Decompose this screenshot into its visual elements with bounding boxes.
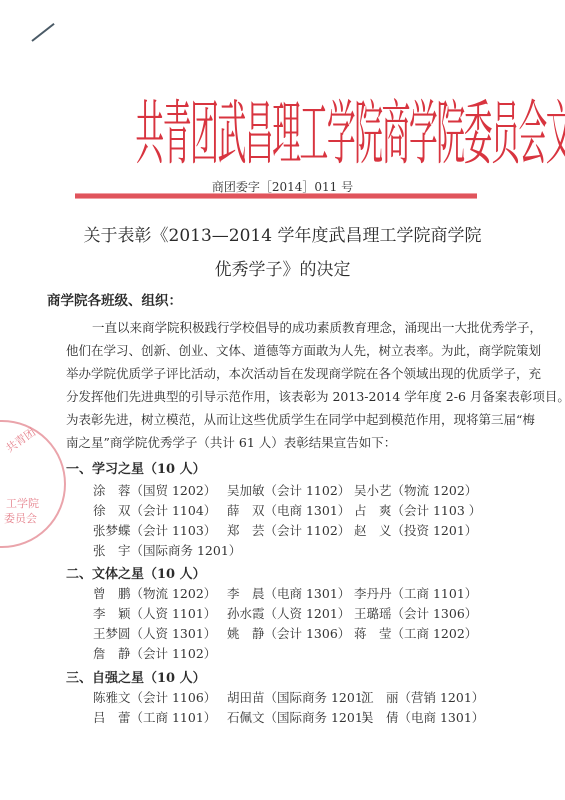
awardee: 孙水霞（人资 1201） [227, 604, 350, 622]
awardee: 吕 蕾（工商 1101） [93, 708, 216, 726]
body-paragraph-line: 一直以来商学院积极践行学校倡导的成功素质教育理念，涌现出一大批优秀学子， [92, 318, 542, 336]
awardee: 姚 静（会计 1306） [227, 624, 350, 642]
awardee: 李 晨（电商 1301） [227, 584, 350, 602]
awardee: 吴加敏（会计 1102） [227, 481, 350, 499]
seal-text-line-1: 工学院 [6, 495, 39, 511]
awardee: 占 爽（会计 1103 ） [354, 501, 481, 519]
section-heading-arts-sports-stars: 二、文体之星（10 人） [66, 563, 206, 582]
awardee: 曾 鹏（物流 1202） [93, 584, 216, 602]
awardee: 张梦蝶（会计 1103） [93, 521, 216, 539]
salutation: 商学院各班级、组织： [47, 289, 182, 309]
seal-text-line-2: 委员会 [4, 510, 37, 526]
awardee: 徐 双（会计 1104） [93, 501, 216, 519]
awardee: 江 丽（营销 1201） [361, 688, 484, 706]
awardee: 石佩文（国际商务 1201） [227, 708, 375, 726]
body-paragraph-line: 他们在学习、创新、创业、文体、道德等方面敢为人先，树立表率。为此，商学院策划 [66, 341, 541, 359]
awardee: 涂 蓉（国贸 1202） [93, 481, 216, 499]
awardee: 张 宇（国际商务 1201） [93, 541, 241, 559]
red-divider [75, 193, 477, 199]
awardee: 吴小艺（物流 1202） [354, 481, 477, 499]
awardee: 王璐瑶（会计 1306） [354, 604, 477, 622]
awardee: 赵 义（投资 1201） [354, 521, 477, 539]
awardee: 李 颖（人资 1101） [93, 604, 216, 622]
awardee: 薛 双（电商 1301） [227, 501, 350, 519]
section-heading-study-stars: 一、学习之星（10 人） [66, 458, 206, 477]
awardee: 郑 芸（会计 1102） [227, 521, 350, 539]
awardee: 胡田苗（国际商务 1201） [227, 688, 375, 706]
pen-mark [31, 23, 54, 42]
awardee: 王梦圆（人资 1301） [93, 624, 216, 642]
body-paragraph-line: 南之星”商学院优秀学子（共计 61 人）表彰结果宣告如下： [66, 433, 396, 451]
awardee: 詹 静（会计 1102） [93, 644, 216, 662]
body-paragraph-line: 举办学院优质学子评比活动，本次活动旨在发现商学院在各个领域出现的优质学子，充 [66, 364, 541, 382]
document-title-line-2: 优秀学子》的决定 [0, 255, 565, 280]
section-heading-self-improvement-stars: 三、自强之星（10 人） [66, 667, 206, 686]
awardee: 蒋 莹（工商 1202） [354, 624, 477, 642]
awardee: 吴 倩（电商 1301） [361, 708, 484, 726]
body-paragraph-line: 分发挥他们先进典型的引导示范作用，该表彰为 2013-2014 学年度 2-6 … [66, 387, 565, 405]
awardee: 陈雅文（会计 1106） [93, 688, 216, 706]
document-title-line-1: 关于表彰《2013—2014 学年度武昌理工学院商学院 [0, 221, 565, 246]
body-paragraph-line: 为表彰先进，树立模范，从而让这些优质学生在同学中起到模范作用，现将第三届“梅 [66, 410, 535, 428]
awardee: 李丹丹（工商 1101） [354, 584, 477, 602]
